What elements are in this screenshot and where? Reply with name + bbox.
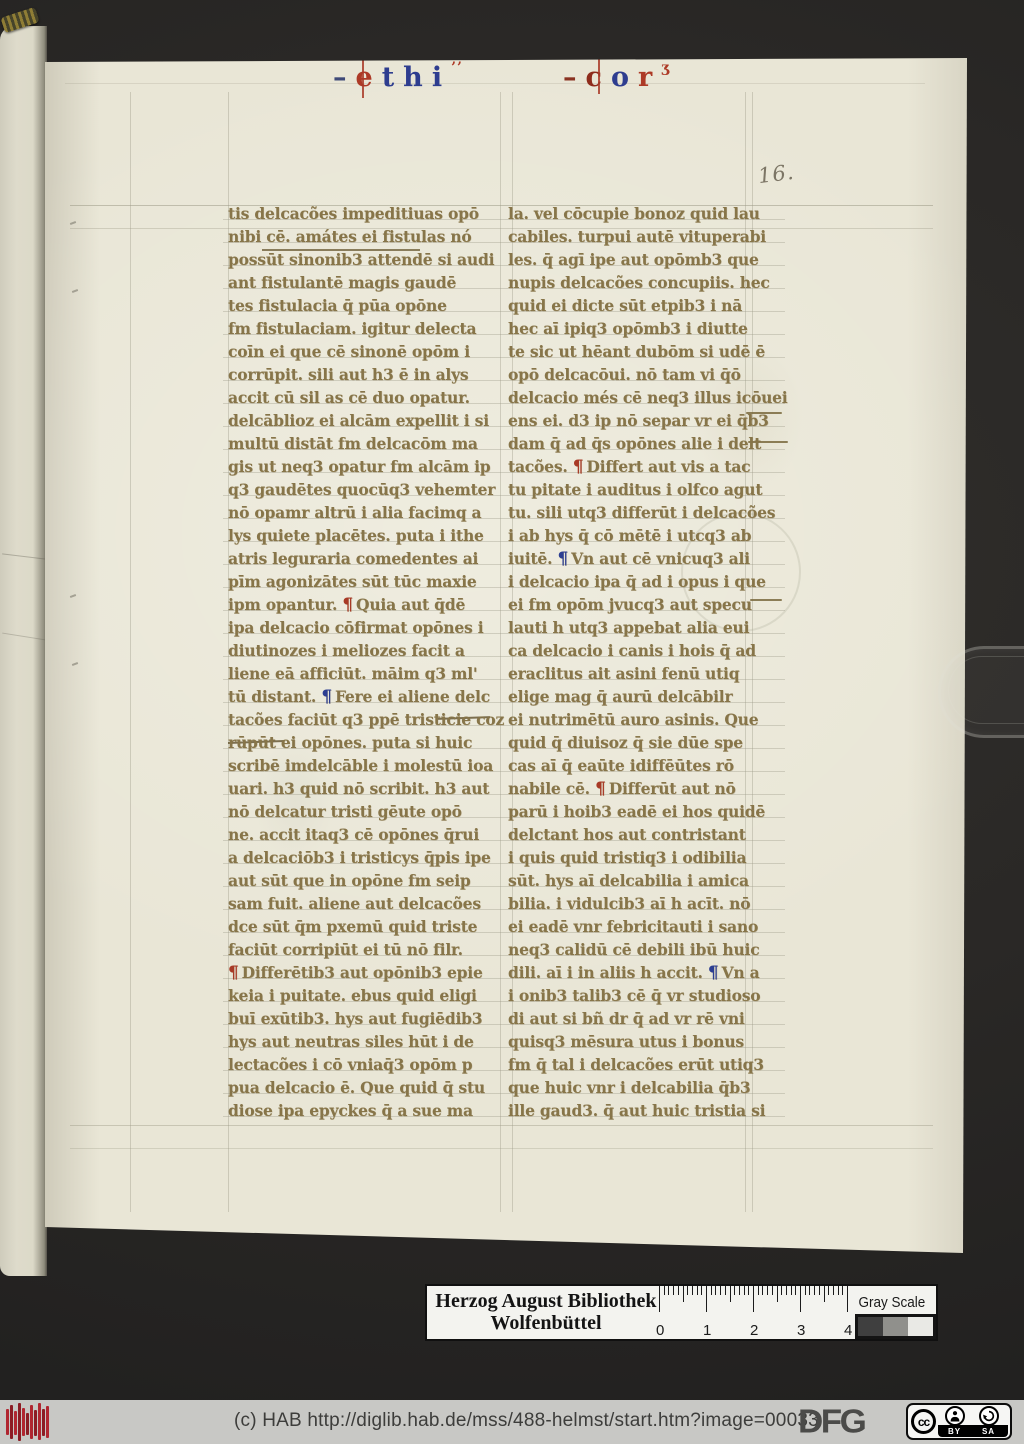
manuscript-column-2: la. vel cōcupie bonoz quid laucabiles. t… — [508, 202, 788, 1122]
dfg-logo: DFG — [798, 1403, 864, 1441]
red-paraph-mark: ¶ — [573, 457, 587, 477]
gray-scale-patch — [883, 1317, 908, 1336]
page-fold-line — [2, 633, 46, 641]
ruler-number: 2 — [750, 1322, 758, 1339]
blue-paraph-mark: ¶ — [321, 687, 335, 707]
manuscript-page: –ethi’’ –corʒ 16. tis delcacões impediti… — [45, 50, 967, 1256]
gray-scale-patches — [855, 1314, 936, 1339]
copyright-text: (c) HAB http://diglib.hab.de/mss/488-hel… — [234, 1410, 819, 1432]
previous-page-edge — [0, 26, 47, 1276]
red-paraph-mark: ¶ — [342, 595, 356, 615]
cc-sa-label: SA — [972, 1427, 1005, 1436]
page-fold-line — [2, 553, 46, 559]
rubric-stroke — [598, 54, 600, 94]
hab-logo-icon — [6, 1403, 52, 1441]
ruler-number: 3 — [797, 1322, 805, 1339]
calibration-bar: Herzog August Bibliothek Wolfenbüttel 0 … — [425, 1284, 938, 1341]
pricking-mark — [72, 289, 78, 293]
cc-icon: cc — [911, 1409, 936, 1434]
cc-by-label: BY — [938, 1427, 971, 1436]
cc-by-icon — [945, 1406, 965, 1426]
cc-license-badge: cc BY SA — [906, 1403, 1012, 1440]
gray-scale-label: Gray Scale — [855, 1294, 929, 1311]
running-title-right: –corʒ — [563, 60, 670, 100]
ruler-number: 4 — [844, 1322, 852, 1339]
pricking-mark — [70, 221, 76, 225]
gray-scale-patch — [858, 1317, 883, 1336]
blue-paraph-mark: ¶ — [708, 963, 722, 983]
manuscript-column-1: tis delcacões impeditiuas opōnibi cē. am… — [228, 202, 508, 1122]
red-paraph-mark: ¶ — [595, 779, 609, 799]
institution-name: Herzog August Bibliothek — [427, 1290, 665, 1312]
ruler-number: 0 — [656, 1322, 664, 1339]
blue-paraph-mark: ¶ — [557, 549, 571, 569]
institution-city: Wolfenbüttel — [427, 1312, 665, 1334]
rubric-stroke — [362, 58, 364, 98]
running-title-left: –ethi’’ — [333, 60, 463, 100]
gray-scale-patch — [908, 1317, 933, 1336]
cc-badge-right: BY SA — [936, 1405, 1010, 1438]
ruler-number: 1 — [703, 1322, 711, 1339]
red-paraph-mark: ¶ — [228, 963, 242, 983]
cc-sa-icon — [979, 1406, 999, 1426]
folio-number: 16. — [757, 160, 796, 188]
pricking-mark — [72, 662, 78, 666]
pricking-mark — [70, 594, 76, 598]
footer-strip: (c) HAB http://diglib.hab.de/mss/488-hel… — [0, 1400, 1024, 1444]
page-holder-clip-inner — [948, 656, 1024, 724]
